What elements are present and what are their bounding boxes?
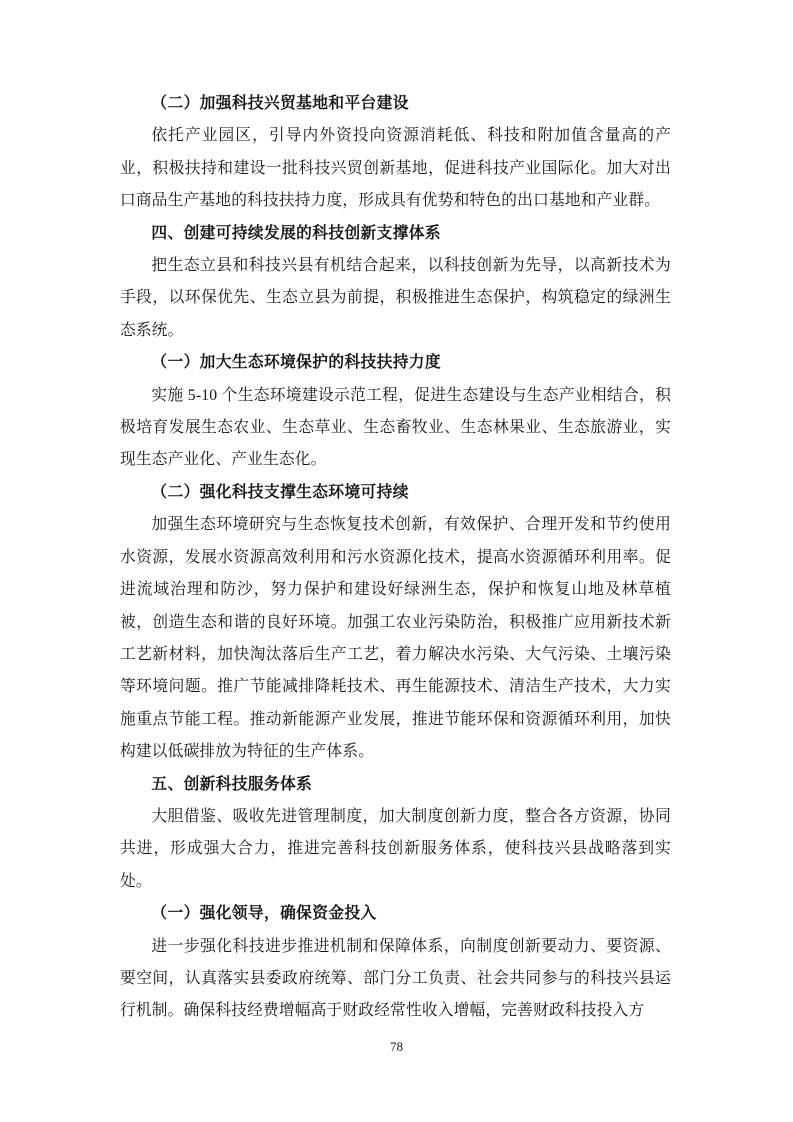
document-body: （二）加强科技兴贸基地和平台建设依托产业园区，引导内外资投向资源消耗低、科技和附… — [120, 88, 671, 1028]
body-paragraph: 依托产业园区，引导内外资投向资源消耗低、科技和附加值含量高的产业，积极扶持和建设… — [120, 120, 671, 217]
page-footer: 78 — [0, 1038, 793, 1056]
body-paragraph: 大胆借鉴、吸收先进管理制度，加大制度创新力度，整合各方资源，协同共进，形成强大合… — [120, 801, 671, 898]
section-heading: 五、创新科技服务体系 — [120, 769, 671, 801]
section-heading: （一）加大生态环境保护的科技扶持力度 — [120, 347, 671, 379]
body-paragraph: 实施 5-10 个生态环境建设示范工程，促进生态建设与生态产业相结合，积极培育发… — [120, 380, 671, 477]
section-heading: （一）强化领导，确保资金投入 — [120, 898, 671, 930]
body-paragraph: 进一步强化科技进步推进机制和保障体系，向制度创新要动力、要资源、要空间，认真落实… — [120, 931, 671, 1028]
body-paragraph: 把生态立县和科技兴县有机结合起来，以科技创新为先导，以高新技术为手段，以环保优先… — [120, 250, 671, 347]
section-heading: 四、创建可持续发展的科技创新支撑体系 — [120, 218, 671, 250]
body-paragraph: 加强生态环境研究与生态恢复技术创新，有效保护、合理开发和节约使用水资源，发展水资… — [120, 509, 671, 768]
section-heading: （二）强化科技支撑生态环境可持续 — [120, 477, 671, 509]
section-heading: （二）加强科技兴贸基地和平台建设 — [120, 88, 671, 120]
page-number: 78 — [390, 1039, 403, 1054]
document-page: （二）加强科技兴贸基地和平台建设依托产业园区，引导内外资投向资源消耗低、科技和附… — [0, 0, 793, 1122]
